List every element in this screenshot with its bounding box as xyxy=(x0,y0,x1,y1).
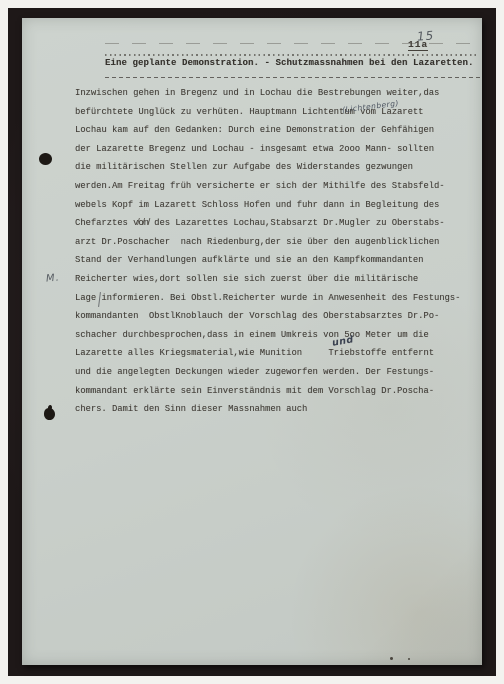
body-text-line: Lage informieren. Bei Obstl.Reicherter w… xyxy=(75,293,475,312)
scan-frame: 15 11a Eine geplante Demonstration. - Sc… xyxy=(0,0,504,684)
body-text-line: der Lazarette Bregenz und Lochau - insge… xyxy=(75,144,475,163)
document-page: 15 11a Eine geplante Demonstration. - Sc… xyxy=(22,18,482,665)
top-dashed-rule xyxy=(105,43,471,44)
body-text-line: arzt Dr.Poschacher nach Riedenburg,der s… xyxy=(75,237,475,256)
document-body: Inzwischen gehen in Bregenz und in Locha… xyxy=(75,88,475,423)
body-text-line: schacher durchbesprochen,dass in einem U… xyxy=(75,330,475,349)
body-text-line: Lazarette alles Kriegsmaterial,wie Munit… xyxy=(75,348,475,367)
body-text-line: und die angelegten Deckungen wieder zuge… xyxy=(75,367,475,386)
dotted-rule-above-heading xyxy=(105,54,479,56)
body-text-line: Chefarztes v̸o̸n̸ des Lazarettes Lochau,… xyxy=(75,218,475,237)
paper-speck-1 xyxy=(390,657,393,660)
body-text-line: befürchtete Unglück zu verhüten. Hauptma… xyxy=(75,107,475,126)
body-text-line: kommandant erklärte sein Einverständnis … xyxy=(75,386,475,405)
body-text-line: die militärischen Stellen zur Aufgabe de… xyxy=(75,162,475,181)
ink-blot-top xyxy=(39,153,52,165)
body-text-line: Stand der Verhandlungen aufklärte und si… xyxy=(75,255,475,274)
body-text-line: Reicherter wies,dort sollen sie sich zue… xyxy=(75,274,475,293)
body-text-line: chers. Damit den Sinn dieser Massnahmen … xyxy=(75,404,475,423)
document-heading: Eine geplante Demonstration. - Schutzmas… xyxy=(105,58,474,68)
body-text-line: Lochau kam auf den Gedanken: Durch eine … xyxy=(75,125,475,144)
margin-mark: M. xyxy=(46,272,61,284)
typed-page-label: 11a xyxy=(408,39,428,51)
body-text-line: werden.Am Freitag früh versicherte er si… xyxy=(75,181,475,200)
body-text-line: Inzwischen gehen in Bregenz und in Locha… xyxy=(75,88,475,107)
paper-speck-2 xyxy=(408,658,410,660)
dashed-rule-below-heading xyxy=(105,77,480,78)
body-text-line: webels Kopf im Lazarett Schloss Hofen un… xyxy=(75,200,475,219)
mount-background: 15 11a Eine geplante Demonstration. - Sc… xyxy=(8,8,496,676)
ink-blot-bottom xyxy=(44,408,55,420)
body-text-line: kommandanten ObstlKnoblauch der Vorschla… xyxy=(75,311,475,330)
